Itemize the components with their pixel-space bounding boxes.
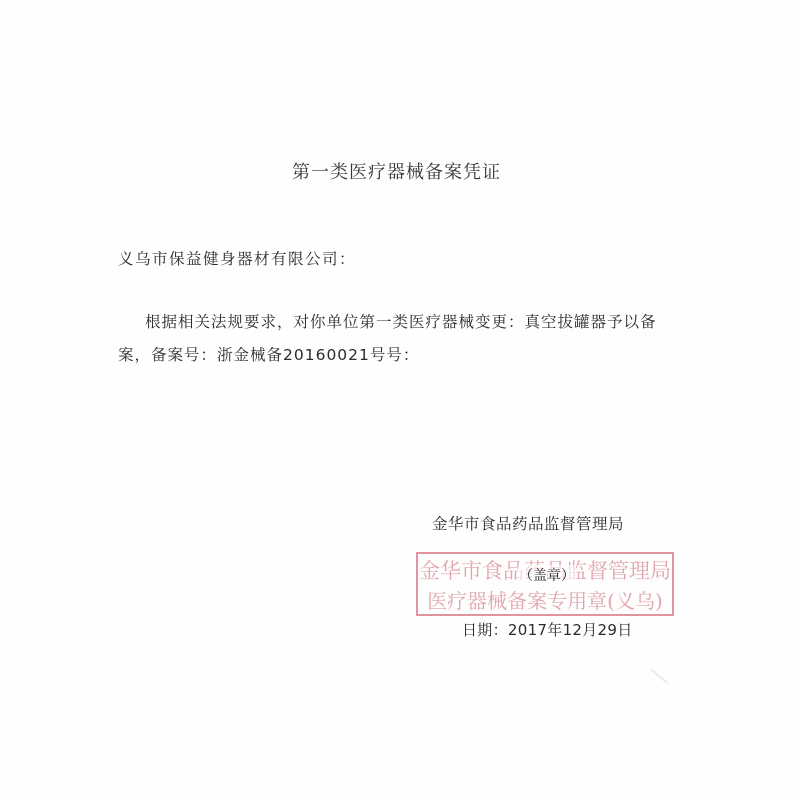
body-text-line-1: 根据相关法规要求，对你单位第一类医疗器械变更：真空拔罐器予以备 bbox=[145, 310, 657, 332]
document-title: 第一类医疗器械备案凭证 bbox=[292, 158, 501, 184]
issuing-authority: 金华市食品药品监督管理局 bbox=[432, 512, 624, 534]
seal-label: （盖章） bbox=[518, 565, 576, 585]
body-text-line-2: 案，备案号：浙金械备20160021号号： bbox=[118, 343, 419, 365]
scan-artifact bbox=[650, 668, 668, 684]
issue-date: 日期：2017年12月29日 bbox=[462, 619, 633, 640]
stamp-line-2: 医疗器械备案专用章(义乌) bbox=[418, 585, 672, 614]
addressee: 义乌市保益健身器材有限公司： bbox=[118, 247, 356, 269]
document-page: 第一类医疗器械备案凭证 义乌市保益健身器材有限公司： 根据相关法规要求，对你单位… bbox=[0, 0, 800, 800]
